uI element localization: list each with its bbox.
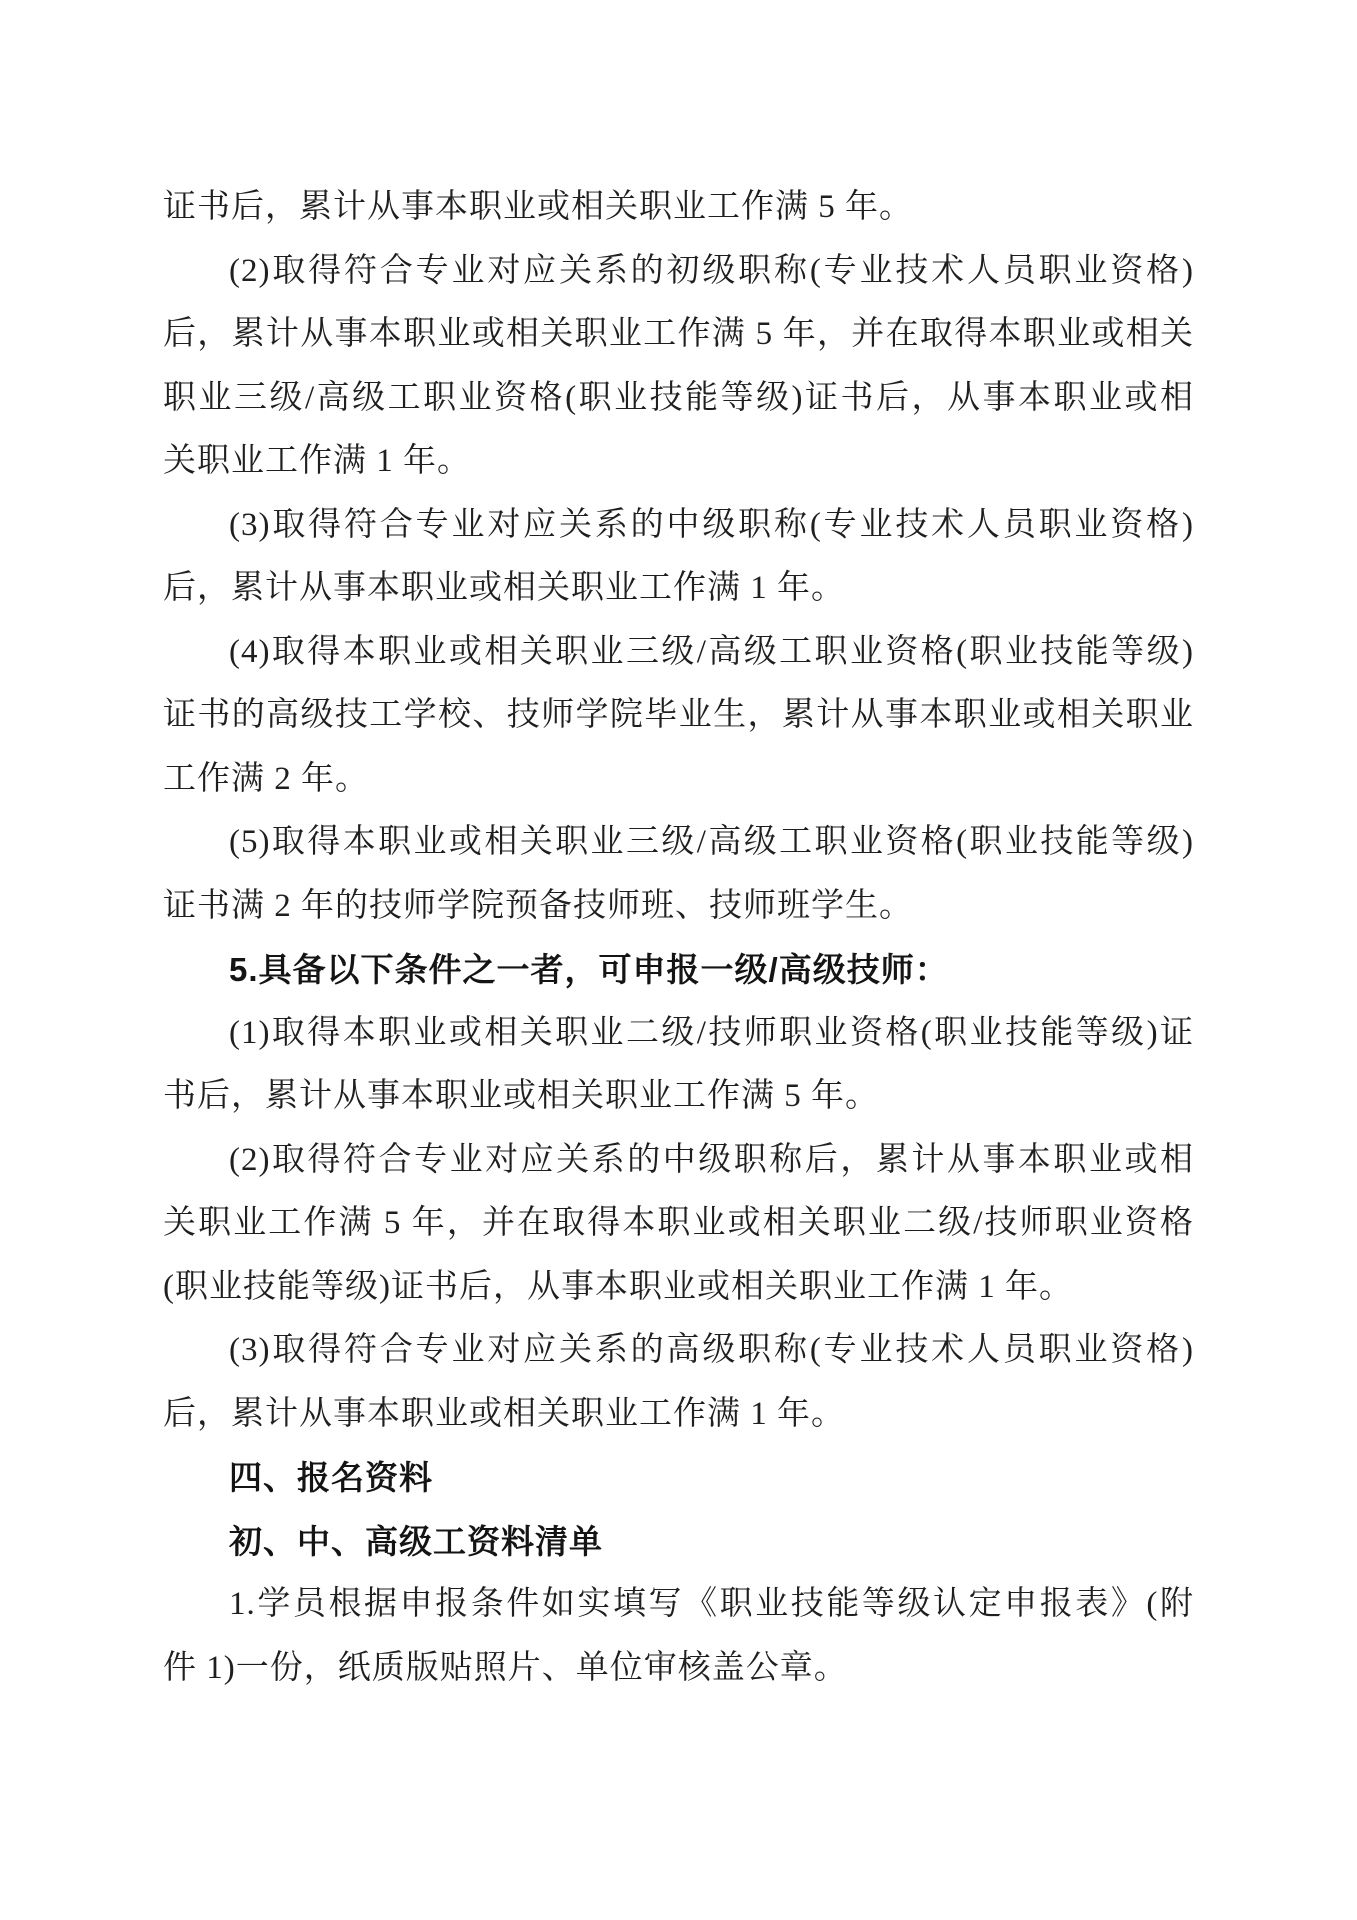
text-line: 工作满 2 年。 <box>163 748 1194 812</box>
section-heading: 初、中、高级工资料清单 <box>163 1510 1194 1574</box>
text-line: 后，累计从事本职业或相关职业工作满 5 年，并在取得本职业或相关 <box>163 303 1194 367</box>
text-line: (3)取得符合专业对应关系的高级职称(专业技术人员职业资格) <box>163 1319 1194 1383</box>
text-line: (5)取得本职业或相关职业三级/高级工职业资格(职业技能等级) <box>163 811 1194 875</box>
text-line: (2)取得符合专业对应关系的初级职称(专业技术人员职业资格) <box>163 240 1194 304</box>
text-line: 书后，累计从事本职业或相关职业工作满 5 年。 <box>163 1065 1194 1129</box>
text-line: 关职业工作满 5 年，并在取得本职业或相关职业二级/技师职业资格 <box>163 1192 1194 1256</box>
text-line: 证书后，累计从事本职业或相关职业工作满 5 年。 <box>163 176 1194 240</box>
text-line: (1)取得本职业或相关职业二级/技师职业资格(职业技能等级)证 <box>163 1002 1194 1066</box>
text-line: 职业三级/高级工职业资格(职业技能等级)证书后，从事本职业或相 <box>163 367 1194 431</box>
section-heading: 四、报名资料 <box>163 1446 1194 1510</box>
text-line: 件 1)一份，纸质版贴照片、单位审核盖公章。 <box>163 1637 1194 1701</box>
text-line: (4)取得本职业或相关职业三级/高级工职业资格(职业技能等级) <box>163 621 1194 685</box>
text-line: 证书的高级技工学校、技师学院毕业生，累计从事本职业或相关职业 <box>163 684 1194 748</box>
text-line: (3)取得符合专业对应关系的中级职称(专业技术人员职业资格) <box>163 494 1194 558</box>
text-line: (2)取得符合专业对应关系的中级职称后，累计从事本职业或相 <box>163 1129 1194 1193</box>
text-line: 后，累计从事本职业或相关职业工作满 1 年。 <box>163 1383 1194 1447</box>
text-line: 证书满 2 年的技师学院预备技师班、技师班学生。 <box>163 875 1194 939</box>
text-line: 关职业工作满 1 年。 <box>163 430 1194 494</box>
text-line: 后，累计从事本职业或相关职业工作满 1 年。 <box>163 557 1194 621</box>
text-line: 1.学员根据申报条件如实填写《职业技能等级认定申报表》(附 <box>163 1573 1194 1637</box>
document-body-text: 证书后，累计从事本职业或相关职业工作满 5 年。 (2)取得符合专业对应关系的初… <box>163 176 1194 1700</box>
document-page: 证书后，累计从事本职业或相关职业工作满 5 年。 (2)取得符合专业对应关系的初… <box>0 0 1357 1920</box>
text-line: (职业技能等级)证书后，从事本职业或相关职业工作满 1 年。 <box>163 1256 1194 1320</box>
section-heading: 5.具备以下条件之一者，可申报一级/高级技师： <box>163 938 1194 1002</box>
